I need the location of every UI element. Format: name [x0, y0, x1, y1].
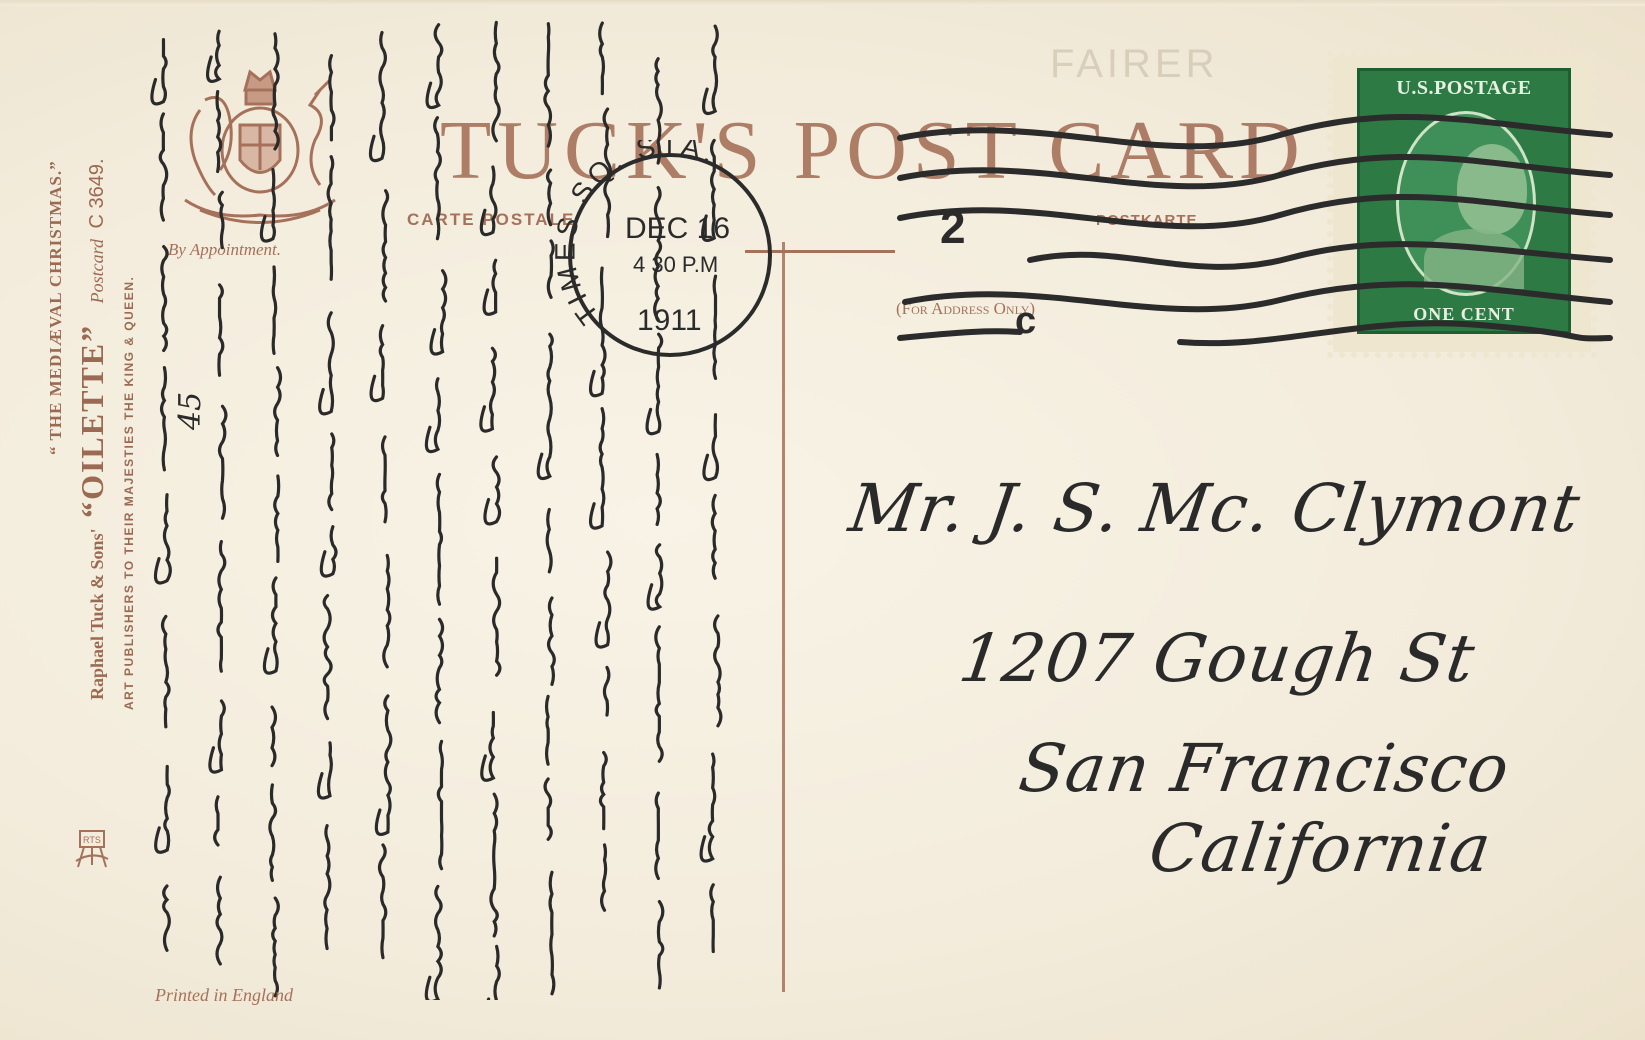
- svg-text:RTS: RTS: [83, 835, 101, 845]
- rts-easel-logo-icon: RTS: [72, 825, 112, 870]
- cancel-number: 2: [940, 200, 966, 254]
- address-line-street: 1207 Gough St: [955, 620, 1480, 697]
- wavy-cancellation-icon: [860, 110, 1620, 360]
- address-line-city: San Francisco: [1015, 730, 1515, 807]
- address-line-name: Mr. J. S. Mc. Clymont: [845, 470, 1586, 547]
- postcard-back: FAIRER “ THE MEDIÆVAL CHRISTMAS.” Raphae…: [0, 0, 1645, 1040]
- margin-number: 45: [173, 392, 208, 431]
- address-line-state: California: [1145, 810, 1497, 887]
- stamp-top-text: U.S.POSTAGE: [1360, 77, 1568, 100]
- faint-offset-text: FAIRER: [1050, 42, 1218, 87]
- handwritten-message: 45: [0, 0, 780, 1000]
- cancel-letter: c: [1015, 300, 1036, 343]
- printed-in-england: Printed in England: [155, 985, 293, 1006]
